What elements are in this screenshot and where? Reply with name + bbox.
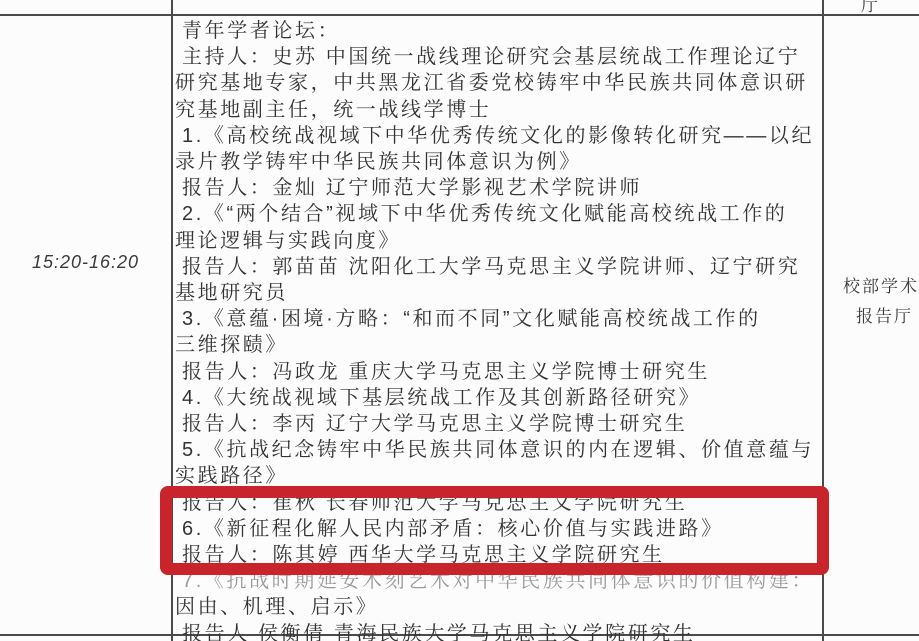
schedule-line: 2.《“两个结合”视域下中华优秀传统文化赋能高校统战工作的 [182,201,832,227]
schedule-line: 报告人：郭苗苗 沈阳化工大学马克思主义学院讲师、辽宁研究 [182,254,832,280]
session-time: 15:20-16:20 [0,252,171,273]
schedule-line: 因由、机理、启示》 [175,594,832,620]
schedule-line: 报告人：李丙 辽宁大学马克思主义学院博士研究生 [182,411,832,437]
schedule-line: 主持人：史苏 中国统一战线理论研究会基层统战工作理论辽宁 [182,44,832,70]
conference-schedule-page: 厅 15:20-16:20 校部学术 报告厅 青年学者论坛：主持人：史苏 中国统… [0,0,919,641]
schedule-line: 4.《大统战视域下基层统战工作及其创新路径研究》 [182,385,832,411]
schedule-line: 三维探赜》 [175,332,832,358]
schedule-line: 报告人 侯衡倩 青海民族大学马克思主义学院研究生 [182,621,832,641]
schedule-line: 青年学者论坛： [182,18,832,44]
session-venue-line1: 校部学术 [843,272,919,302]
schedule-line: 报告人：冯政龙 重庆大学马克思主义学院博士研究生 [182,359,832,385]
schedule-line: 录片教学铸牢中华民族共同体意识为例》 [175,149,832,175]
schedule-line: 理论逻辑与实践向度》 [175,228,832,254]
schedule-line: 研究基地专家，中共黑龙江省委党校铸牢中华民族共同体意识研 [175,70,832,96]
schedule-line: 5.《抗战纪念铸牢中华民族共同体意识的内在逻辑、价值意蕴与 [182,437,832,463]
schedule-line: 3.《意蕴·困境·方略：“和而不同”文化赋能高校统战工作的 [182,306,832,332]
red-highlight-box [160,486,829,575]
schedule-line: 基地研究员 [175,280,832,306]
session-venue: 校部学术 报告厅 [843,272,919,332]
schedule-line: 报告人：金灿 辽宁师范大学影视艺术学院讲师 [182,175,832,201]
schedule-line: 1.《高校统战视域下中华优秀传统文化的影像转化研究——以纪 [182,123,832,149]
session-venue-line2: 报告厅 [843,302,919,332]
schedule-line: 究基地副主任，统一战线学博士 [175,97,832,123]
